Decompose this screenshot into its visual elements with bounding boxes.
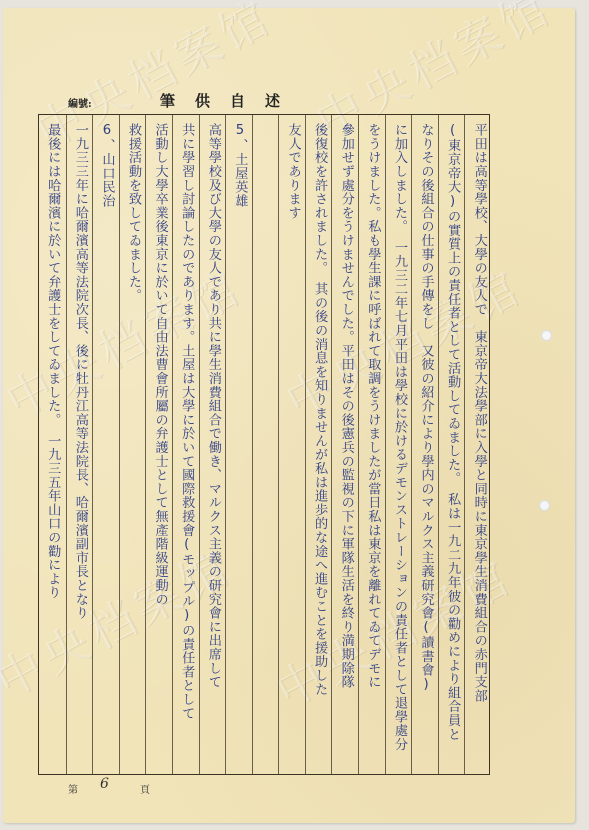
page-suffix: 頁	[140, 781, 150, 796]
manuscript-column: 救援活動を致してゐました。	[119, 115, 146, 774]
manuscript-column: 後復校を許されました。 其の後の消息を知りませんが私は進歩的な途へ進むことを援助…	[305, 115, 332, 774]
handwritten-line: 後復校を許されました。 其の後の消息を知りませんが私は進歩的な途へ進むことを援助…	[310, 123, 328, 696]
page-prefix: 第	[68, 781, 78, 796]
manuscript-column: 平田は高等學校、大學の友人で 東京帝大法學部に入學と同時に東京學生消費組合の赤門…	[464, 115, 491, 774]
handwritten-line: 友人であります	[284, 123, 302, 220]
manuscript-column: 6、山口民治	[92, 115, 119, 774]
handwritten-line: 救援活動を致してゐました。	[124, 123, 142, 302]
punch-hole	[541, 330, 552, 341]
handwritten-line: 活動し大學卒業後東京に於いて自由法曹會所屬の弁護士として無產階級運動の	[151, 123, 169, 606]
manuscript-column: 最後には哈爾濱に於いて弁護士をしてゐました。 一九三五年山口の勸により	[39, 115, 66, 774]
manuscript-column: 一九三三年に哈爾濱高等法院次長、後に牡丹江高等法院長、哈爾濱副市長となり	[66, 115, 93, 774]
manuscript-column	[252, 115, 279, 774]
handwritten-line: 最後には哈爾濱に於いて弁護士をしてゐました。 一九三五年山口の勸により	[43, 123, 61, 599]
handwritten-line: 一九三三年に哈爾濱高等法院次長、後に牡丹江高等法院長、哈爾濱副市長となり	[71, 123, 89, 620]
number-label: 編號:	[68, 95, 92, 110]
manuscript-column: 活動し大學卒業後東京に於いて自由法曹會所屬の弁護士として無產階級運動の	[145, 115, 172, 774]
handwritten-line: 參加せず處分をうけませんでした。平田はその後憲兵の監視の下に軍隊生活を終り満期除…	[337, 123, 355, 689]
manuscript-column: 參加せず處分をうけませんでした。平田はその後憲兵の監視の下に軍隊生活を終り満期除…	[331, 115, 358, 774]
handwritten-line: 5、土屋英雄	[230, 123, 248, 208]
handwritten-line: に加入しました。 一九三二年七月平田は學校に於けるデモンストレーションの責任者と…	[390, 123, 408, 751]
manuscript-column: (東京帝大)の實質上の責任者として活動してゐました。 私は一九二九年彼の勸めによ…	[438, 115, 465, 774]
handwritten-line: をうけました。私も學生課に呼ばれて取調をうけましたが當日私は東京を離れてゐてデモ…	[363, 123, 381, 689]
manuscript-grid: 平田は高等學校、大學の友人で 東京帝大法學部に入學と同時に東京學生消費組合の赤門…	[38, 114, 490, 775]
manuscript-column: 友人であります	[278, 115, 305, 774]
manuscript-column: 高等學校及び大學の友人であり共に學生消費組合で働き、マルクス主義の研究會に出席し…	[199, 115, 226, 774]
manuscript-column: 共に學習し討論したのであります。土屋は大學に於いて國際救援會(モップル)の責任者…	[172, 115, 199, 774]
manuscript-column: に加入しました。 一九三二年七月平田は學校に於けるデモンストレーションの責任者と…	[385, 115, 412, 774]
punch-hole	[539, 500, 550, 511]
page-number: 6	[100, 776, 109, 792]
manuscript-column: なりその後組合の仕事の手傳をし 又彼の紹介により學内のマルクス主義研究會(讀書會…	[411, 115, 438, 774]
handwritten-line: (東京帝大)の實質上の責任者として活動してゐました。 私は一九二九年彼の勸めによ…	[443, 123, 461, 741]
manuscript-column: 5、土屋英雄	[225, 115, 252, 774]
handwritten-line: 高等學校及び大學の友人であり共に學生消費組合で働き、マルクス主義の研究會に出席し…	[204, 123, 222, 689]
manuscript-column: をうけました。私も學生課に呼ばれて取調をうけましたが當日私は東京を離れてゐてデモ…	[358, 115, 385, 774]
handwritten-line: なりその後組合の仕事の手傳をし 又彼の紹介により學内のマルクス主義研究會(讀書會…	[417, 123, 435, 692]
form-title: 筆供自述	[160, 90, 300, 111]
handwritten-line: 共に學習し討論したのであります。土屋は大學に於いて國際救援會(モップル)の責任者…	[177, 123, 195, 720]
handwritten-line: 平田は高等學校、大學の友人で 東京帝大法學部に入學と同時に東京學生消費組合の赤門…	[470, 123, 488, 703]
handwritten-line: 6、山口民治	[97, 123, 115, 208]
